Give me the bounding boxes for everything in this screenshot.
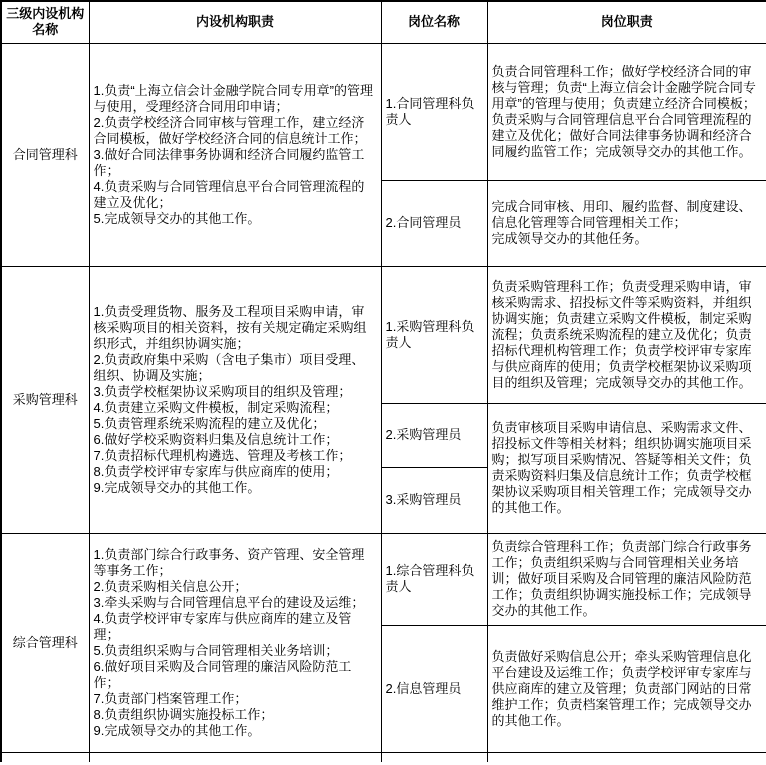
header-org-duties: 内设机构职责 xyxy=(89,1,381,43)
org-name-cell: 采购管理科 xyxy=(1,266,89,533)
header-position-name: 岗位名称 xyxy=(381,1,487,43)
table-row: 采购管理科 1.负责受理货物、服务及工程项目采购申请，审核采购项目的相关资料，按… xyxy=(1,266,766,403)
position-name-cell: 1.合同管理科负责人 xyxy=(381,43,487,180)
org-name-cell: 合同管理科 xyxy=(1,43,89,266)
header-org-name: 三级内设机构名称 xyxy=(1,1,89,43)
position-resp-cell: 负责合同管理科工作；做好学校经济合同的审核与管理；负责“上海立信会计金融学院合同… xyxy=(487,43,766,180)
document-page: 三级内设机构名称 内设机构职责 岗位名称 岗位职责 合同管理科 1.负责“上海立… xyxy=(0,0,766,765)
empty-cell xyxy=(1,752,89,762)
empty-cell xyxy=(487,752,766,762)
position-resp-cell: 负责采购管理科工作；负责受理采购申请，审核采购需求、招投标文件等采购资料，并组织… xyxy=(487,266,766,403)
table-row: 合同管理科 1.负责“上海立信会计金融学院合同专用章”的管理与使用，受理经济合同… xyxy=(1,43,766,180)
org-duties-cell: 1.负责部门综合行政事务、资产管理、安全管理等事务工作； 2.负责采购相关信息公… xyxy=(89,533,381,752)
position-name-cell: 2.信息管理员 xyxy=(381,625,487,752)
org-name-cell: 综合管理科 xyxy=(1,533,89,752)
header-row: 三级内设机构名称 内设机构职责 岗位名称 岗位职责 xyxy=(1,1,766,43)
position-name-cell: 1.综合管理科负责人 xyxy=(381,533,487,625)
org-positions-table: 三级内设机构名称 内设机构职责 岗位名称 岗位职责 合同管理科 1.负责“上海立… xyxy=(0,0,766,762)
position-name-cell: 1.采购管理科负责人 xyxy=(381,266,487,403)
empty-cell xyxy=(89,752,381,762)
position-name-cell: 2.采购管理员 xyxy=(381,403,487,467)
table-row-cutoff xyxy=(1,752,766,762)
header-position-duties: 岗位职责 xyxy=(487,1,766,43)
position-name-cell: 2.合同管理员 xyxy=(381,180,487,266)
position-name-cell: 3.采购管理员 xyxy=(381,467,487,533)
table-row: 综合管理科 1.负责部门综合行政事务、资产管理、安全管理等事务工作； 2.负责采… xyxy=(1,533,766,625)
position-resp-cell: 完成合同审核、用印、履约监督、制度建设、信息化管理等合同管理相关工作； 完成领导… xyxy=(487,180,766,266)
empty-cell xyxy=(381,752,487,762)
position-resp-cell: 负责审核项目采购申请信息、采购需求文件、招投标文件等相关材料；组织协调实施项目采… xyxy=(487,403,766,533)
position-resp-cell: 负责综合管理科工作；负责部门综合行政事务工作；负责组织采购与合同管理相关业务培训… xyxy=(487,533,766,625)
org-duties-cell: 1.负责“上海立信会计金融学院合同专用章”的管理与使用，受理经济合同用印申请； … xyxy=(89,43,381,266)
org-duties-cell: 1.负责受理货物、服务及工程项目采购申请，审核采购项目的相关资料，按有关规定确定… xyxy=(89,266,381,533)
position-resp-cell: 负责做好采购信息公开；牵头采购管理信息化平台建设及运维工作；负责学校评审专家库与… xyxy=(487,625,766,752)
